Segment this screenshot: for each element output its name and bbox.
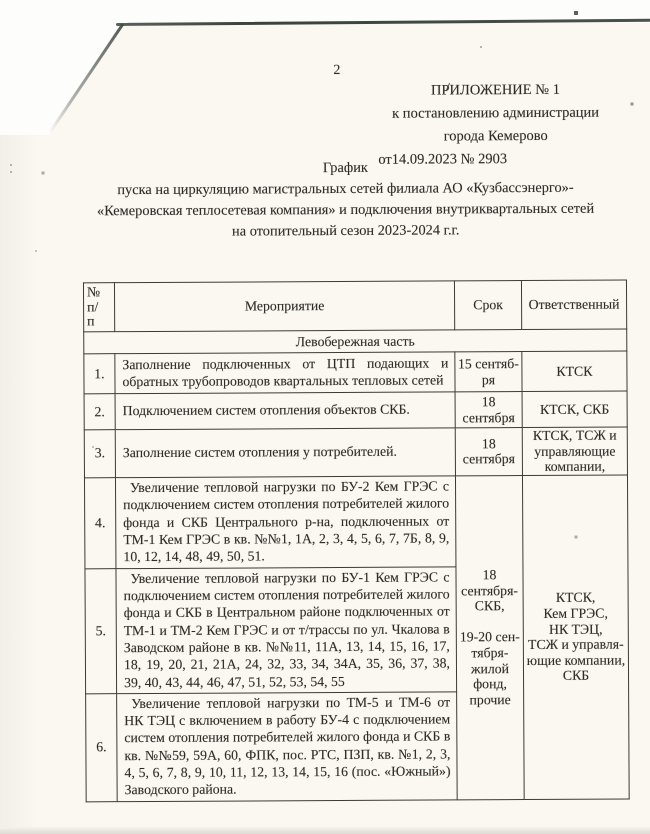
col-header-event: Мероприятие <box>114 281 454 332</box>
row-event: Заполнение подключенных от ЦТП подающих … <box>115 352 455 394</box>
table-row: 3. Заполнение систем отопления у потреби… <box>84 427 627 478</box>
row-event: Увеличение тепловой нагрузки по БУ-2 Кем… <box>115 476 455 569</box>
row-event: Увеличение тепловой нагрузки по БУ-1 Кем… <box>116 567 457 694</box>
appendix-line: ПРИЛОЖЕНИЕ № 1 <box>378 79 613 103</box>
row-event: Заполнение систем отопления у потребител… <box>115 428 455 478</box>
table-header-row: № п/ п Мероприятие Срок Ответственный <box>83 280 626 332</box>
row-responsible: КТСК <box>522 351 627 392</box>
title-line: «Кемеровская теплосетевая компания» и по… <box>43 198 649 222</box>
title-line: на отопительный сезон 2023-2024 г.г. <box>43 219 649 243</box>
table-row: 2. Подключением систем отопления объекто… <box>84 391 627 430</box>
row-number: 4. <box>84 477 115 568</box>
row-responsible: КТСК, ТСЖ и управляющие компании, <box>522 427 627 475</box>
row-number: 3. <box>84 430 115 478</box>
section-row: Левобережная часть <box>84 329 627 354</box>
row-number: 2. <box>84 394 115 430</box>
scanned-document-page: 2 ПРИЛОЖЕНИЕ № 1 к постановлению админис… <box>0 0 650 834</box>
schedule-table: № п/ п Мероприятие Срок Ответственный Ле… <box>83 279 630 801</box>
col-header-num: № п/ п <box>83 283 114 332</box>
row-event: Увеличение тепловой нагрузки по ТМ-5 и Т… <box>117 692 458 802</box>
col-header-term: Срок <box>454 281 521 330</box>
appendix-line: к постановлению администрации <box>378 102 613 126</box>
row-term: 18 сентября <box>455 392 522 428</box>
row-number: 6. <box>86 694 118 802</box>
table-row: 1. Заполнение подключенных от ЦТП подающ… <box>84 351 627 394</box>
appendix-line: города Кемерово <box>378 125 613 149</box>
document-content: 2 ПРИЛОЖЕНИЕ № 1 к постановлению админис… <box>0 0 650 834</box>
page-number: 2 <box>325 63 349 79</box>
document-title: График пуска на циркуляцию магистральных… <box>42 156 648 243</box>
row-number: 5. <box>85 568 117 693</box>
col-header-responsible: Ответственный <box>521 280 626 330</box>
row-term: 18 сентября <box>455 428 522 476</box>
row-responsible: КТСК, СКБ <box>522 391 627 428</box>
table-row: 4. Увеличение тепловой нагрузки по БУ-2 … <box>84 475 627 569</box>
section-title: Левобережная часть <box>84 329 627 354</box>
merged-responsible-cell: КТСК, Кем ГРЭС, НК ТЭЦ, ТСЖ и управля- ю… <box>522 475 629 799</box>
merged-term-cell: 18 сентября- СКБ, 19-20 сен- тября- жило… <box>455 475 524 799</box>
row-event: Подключением систем отопления объектов С… <box>115 392 455 430</box>
row-term: 15 сентяб- ря <box>455 352 522 392</box>
row-number: 1. <box>84 354 115 394</box>
